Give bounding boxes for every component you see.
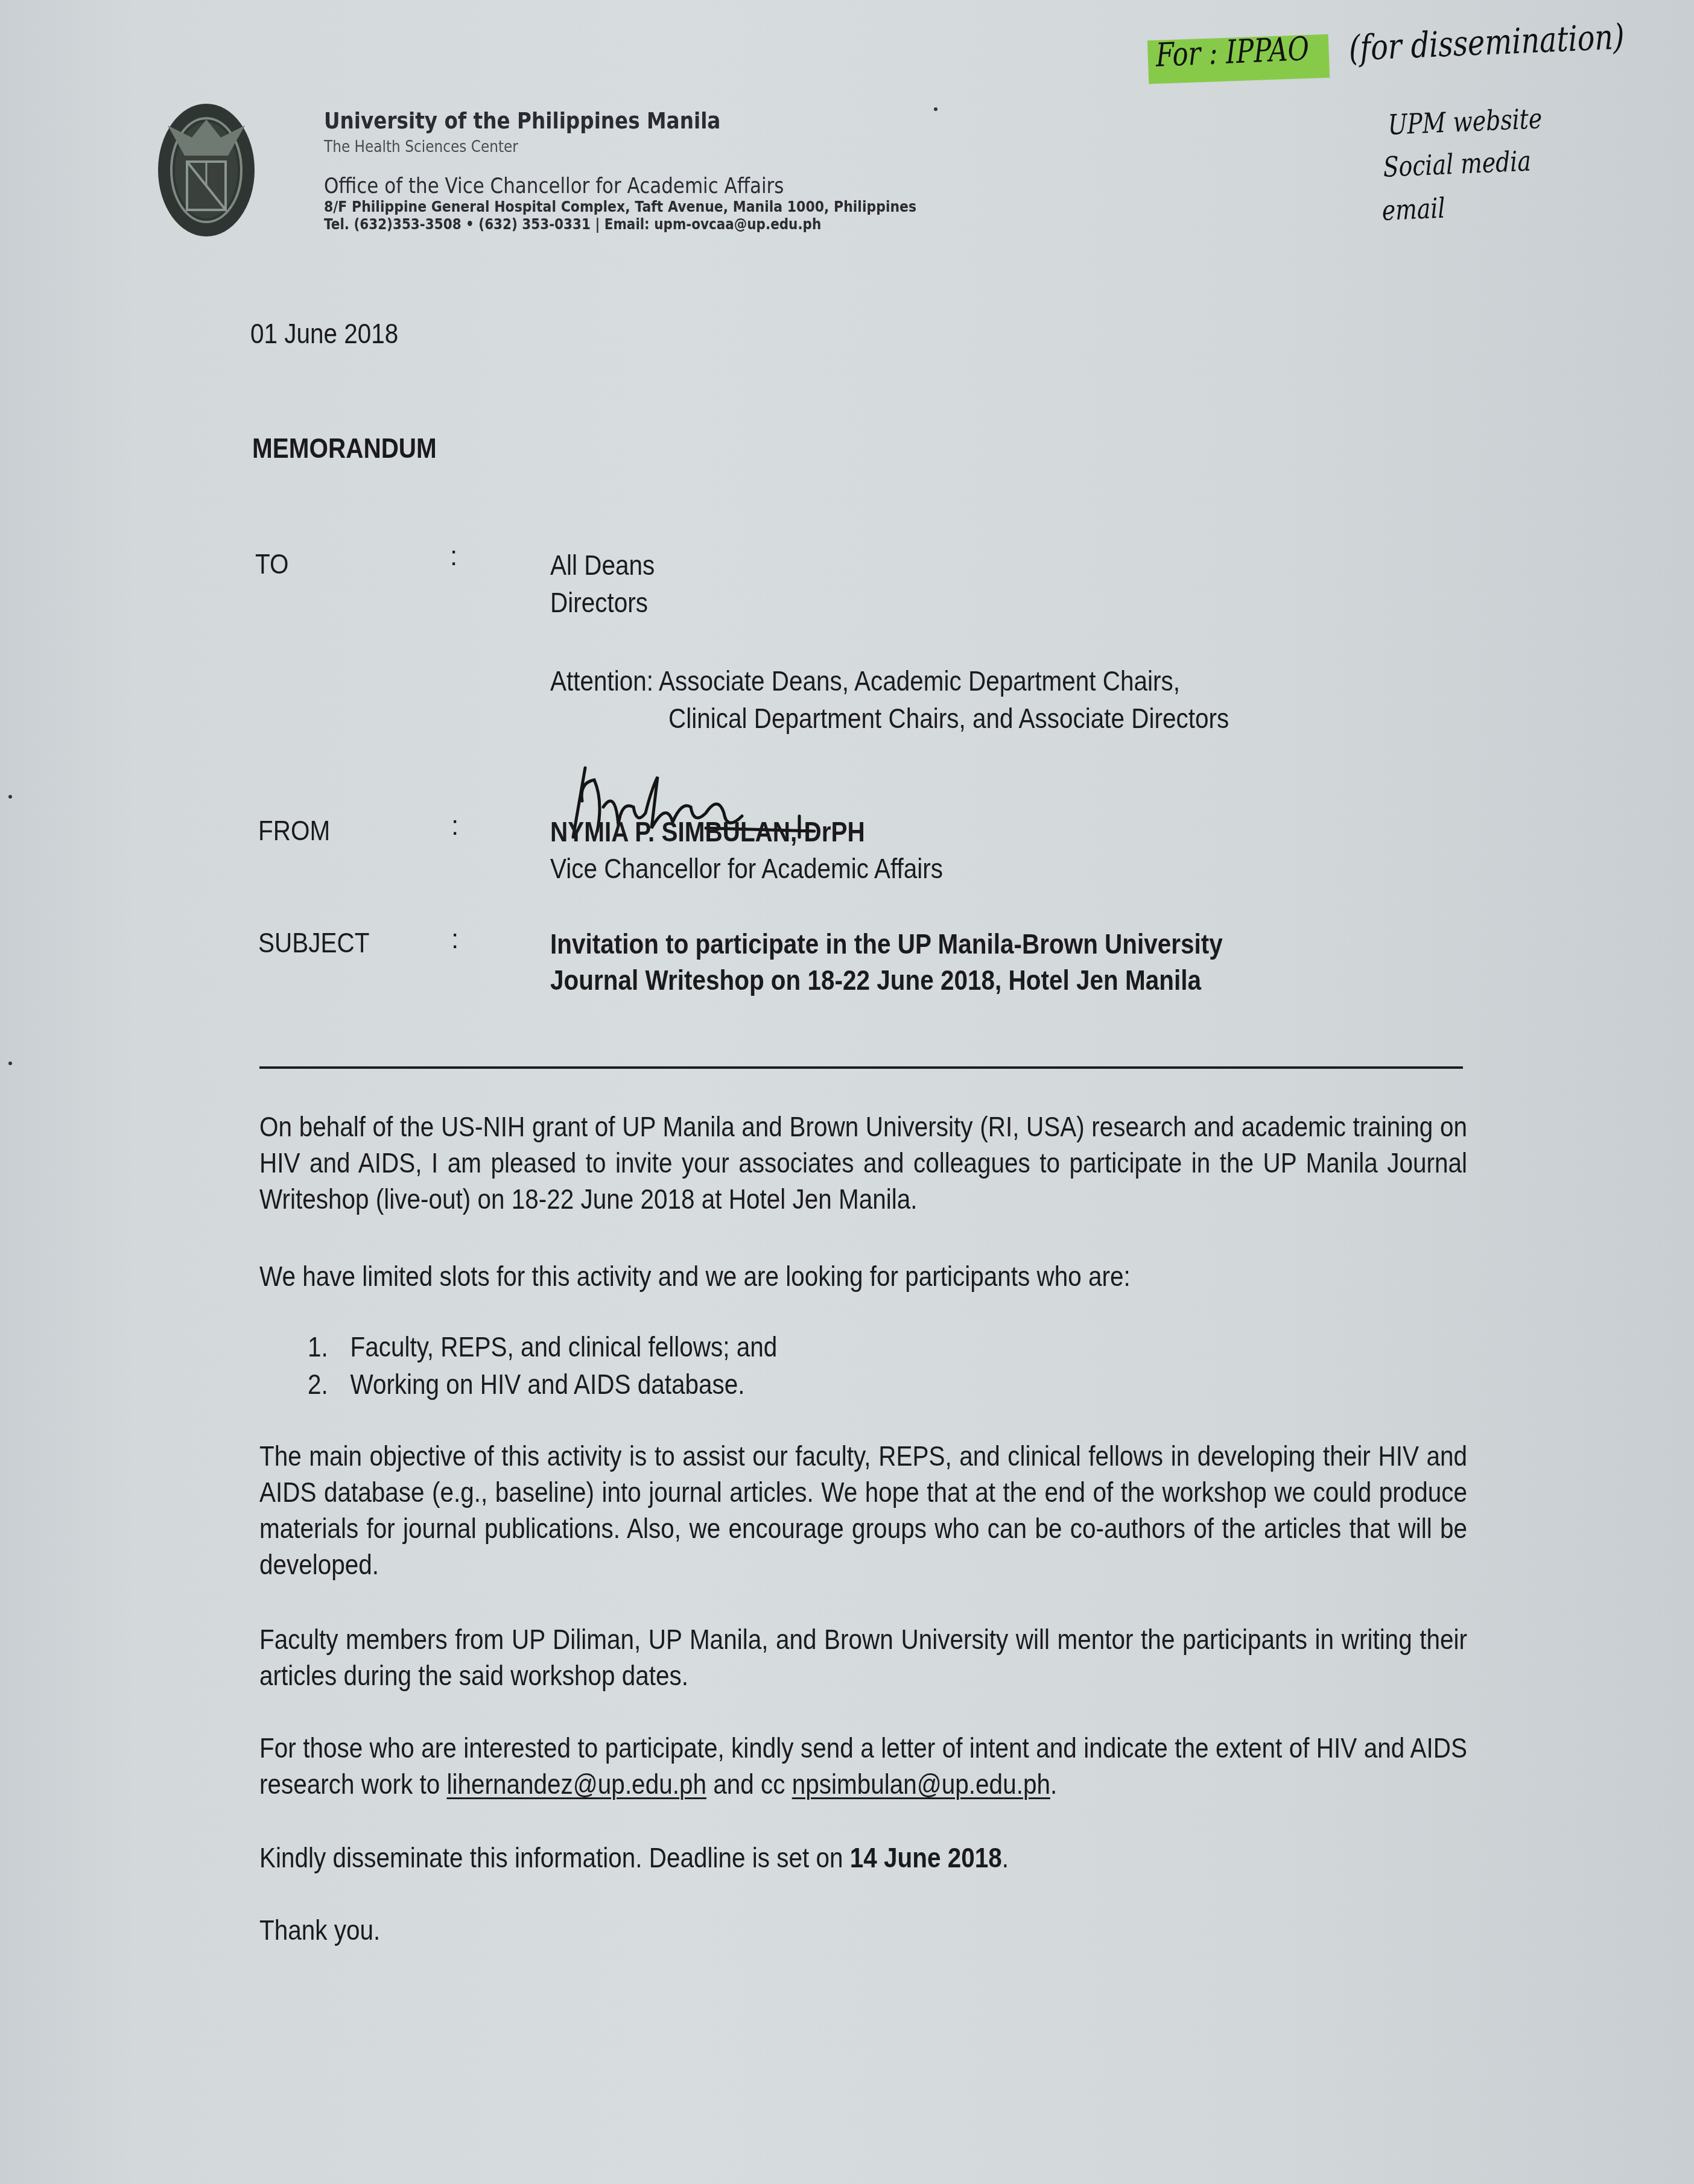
university-subtitle: The Health Sciences Center [324, 138, 518, 156]
subject-colon: : [451, 925, 458, 955]
list-text: Working on HIV and AIDS database. [350, 1369, 744, 1400]
body-paragraph-2: We have limited slots for this activity … [259, 1258, 1467, 1294]
to-recipient: All Deans [550, 549, 655, 581]
text-run: and cc [706, 1768, 792, 1800]
scan-speck [8, 795, 12, 799]
closing-text: Thank you. [259, 1912, 1467, 1948]
paragraph-text: For those who are interested to particip… [259, 1730, 1467, 1802]
text-run: . [1050, 1768, 1057, 1800]
body-paragraph-6: Kindly disseminate this information. Dea… [259, 1840, 1467, 1876]
email-link-npsimbulan[interactable]: npsimbulan@up.edu.ph [792, 1768, 1050, 1800]
text-run: Kindly disseminate this information. Dea… [259, 1842, 850, 1873]
list-number: 2. [308, 1366, 350, 1403]
paragraph-text: Kindly disseminate this information. Dea… [259, 1840, 1467, 1876]
handwritten-channel: Social media [1383, 145, 1531, 183]
list-text: Faculty, REPS, and clinical fellows; and [350, 1331, 777, 1363]
paragraph-text: Faculty members from UP Diliman, UP Mani… [259, 1621, 1467, 1694]
to-colon: : [450, 542, 457, 572]
office-name: Office of the Vice Chancellor for Academ… [324, 174, 784, 198]
handwritten-channel: email [1382, 192, 1445, 227]
office-address: 8/F Philippine General Hospital Complex,… [324, 198, 916, 215]
subject-line: Journal Writeshop on 18-22 June 2018, Ho… [550, 964, 1201, 996]
body-paragraph-4: Faculty members from UP Diliman, UP Mani… [259, 1621, 1467, 1694]
subject-line: Invitation to participate in the UP Mani… [550, 928, 1223, 960]
scan-speck [8, 1062, 12, 1065]
memo-heading: MEMORANDUM [252, 432, 437, 464]
office-contact: Tel. (632)353-3508 • (632) 353-0331 | Em… [324, 215, 821, 233]
criteria-list: 1.Faculty, REPS, and clinical fellows; a… [308, 1328, 777, 1403]
attention-line: Attention: Associate Deans, Academic Dep… [550, 665, 1180, 697]
list-item: 1.Faculty, REPS, and clinical fellows; a… [308, 1328, 777, 1366]
email-link-lihernandez[interactable]: lihernandez@up.edu.ph [446, 1768, 706, 1800]
deadline-date: 14 June 2018 [850, 1842, 1002, 1873]
from-title: Vice Chancellor for Academic Affairs [550, 852, 943, 885]
memo-date: 01 June 2018 [250, 317, 398, 350]
from-colon: : [451, 811, 458, 841]
paragraph-text: We have limited slots for this activity … [259, 1258, 1467, 1294]
body-paragraph-3: The main objective of this activity is t… [259, 1438, 1467, 1583]
header-divider [259, 1066, 1463, 1069]
handwritten-routing: For : IPPAO [1155, 30, 1310, 74]
list-item: 2.Working on HIV and AIDS database. [308, 1366, 777, 1403]
scan-speck [934, 107, 937, 111]
university-name: University of the Philippines Manila [324, 107, 720, 134]
to-recipient: Directors [550, 586, 648, 619]
from-name: NYMIA P. SIMBULAN, DrPH [550, 815, 865, 848]
paragraph-text: On behalf of the US-NIH grant of UP Mani… [259, 1109, 1467, 1217]
university-seal-logo [156, 101, 257, 239]
subject-label: SUBJECT [258, 926, 369, 959]
handwritten-channel: UPM website [1388, 102, 1543, 141]
body-paragraph-5: For those who are interested to particip… [259, 1730, 1467, 1802]
list-number: 1. [308, 1328, 350, 1366]
attention-line: Clinical Department Chairs, and Associat… [668, 702, 1229, 735]
body-paragraph-1: On behalf of the US-NIH grant of UP Mani… [259, 1109, 1467, 1217]
handwritten-purpose: (for dissemination) [1348, 16, 1625, 69]
to-label: TO [255, 548, 288, 580]
from-label: FROM [258, 814, 330, 847]
paragraph-text: The main objective of this activity is t… [259, 1438, 1467, 1583]
text-run: . [1002, 1842, 1009, 1873]
closing: Thank you. [259, 1912, 1467, 1948]
